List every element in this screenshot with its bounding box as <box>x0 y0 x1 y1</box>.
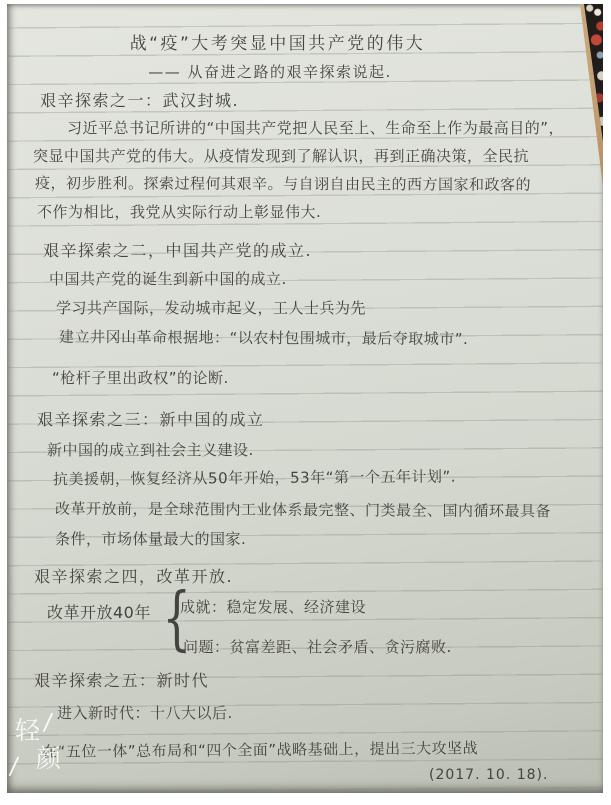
section-heading-3: 艰辛探索之三：新中国的成立 <box>37 412 265 428</box>
handwritten-line: 建立井冈山革命根据地：“以农村包围城市，最后夺取城市”. <box>59 330 468 347</box>
handwritten-line: 不作为相比，我党从实际行动上彰显伟大. <box>37 205 321 220</box>
handwritten-line: 新中国的成立到社会主义建设. <box>47 443 254 458</box>
handwritten-line: 成就：稳定发展、经济建设 <box>180 600 366 615</box>
handwritten-line: 进入新时代：十八大以后. <box>57 706 233 721</box>
handwritten-line: 疫，初步胜利。探索过程何其艰辛。与自诩自由民主的西方国家和政客的 <box>35 176 531 193</box>
handwritten-line: 改革开放40年 <box>47 605 151 621</box>
handwritten-line: “枪杆子里出政权”的论断. <box>52 371 229 386</box>
handwritten-line: 学习共产国际，发动城市起义，工人士兵为先 <box>56 301 366 316</box>
handwritten-line: 抗美援朝，恢复经济从50年开始，53年“第一个五年计划”. <box>53 470 456 488</box>
section-heading-2: 艰辛探索之二，中国共产党的成立. <box>43 243 312 259</box>
section-heading-4: 艰辛探索之四，改革开放. <box>34 569 233 585</box>
watermark-char-qing: 轻 <box>15 718 40 743</box>
section-heading-5: 艰辛探索之五：新时代 <box>34 673 209 689</box>
section-heading-1: 艰辛探索之一：武汉封城. <box>40 93 239 109</box>
note-subtitle: —— 从奋进之路的艰辛探索说起. <box>7 65 533 80</box>
handwritten-line: 在“五位一体”总布局和“四个全面”战略基础上，提出三大攻坚战 <box>42 741 478 760</box>
handwritten-line: 改革开放前，是全球范围内工业体系最完整、门类最全、国内循环最具备 <box>55 502 551 520</box>
handwritten-line: 条件，市场体量最大的国家. <box>55 532 246 547</box>
notebook-photo: 战“疫”大考突显中国共产党的伟大 —— 从奋进之路的艰辛探索说起. 艰辛探索之一… <box>7 4 603 793</box>
handwritten-line: 问题：贫富差距、社会矛盾、贪污腐败. <box>183 640 452 655</box>
watermark-char-yan: 颜 <box>36 746 61 771</box>
handwritten-line: 突显中国共产党的伟大。从疫情发现到了解认识，再到正确决策，全民抗 <box>33 149 529 164</box>
date-note: (2017. 10. 18). <box>429 768 548 782</box>
handwritten-line: 习近平总书记所讲的“中国共产党把人民至上、生命至上作为最高目的”， <box>67 121 564 136</box>
note-title: 战“疫”大考突显中国共产党的伟大 <box>7 36 548 53</box>
handwritten-line: 中国共产党的诞生到新中国的成立. <box>49 272 287 287</box>
